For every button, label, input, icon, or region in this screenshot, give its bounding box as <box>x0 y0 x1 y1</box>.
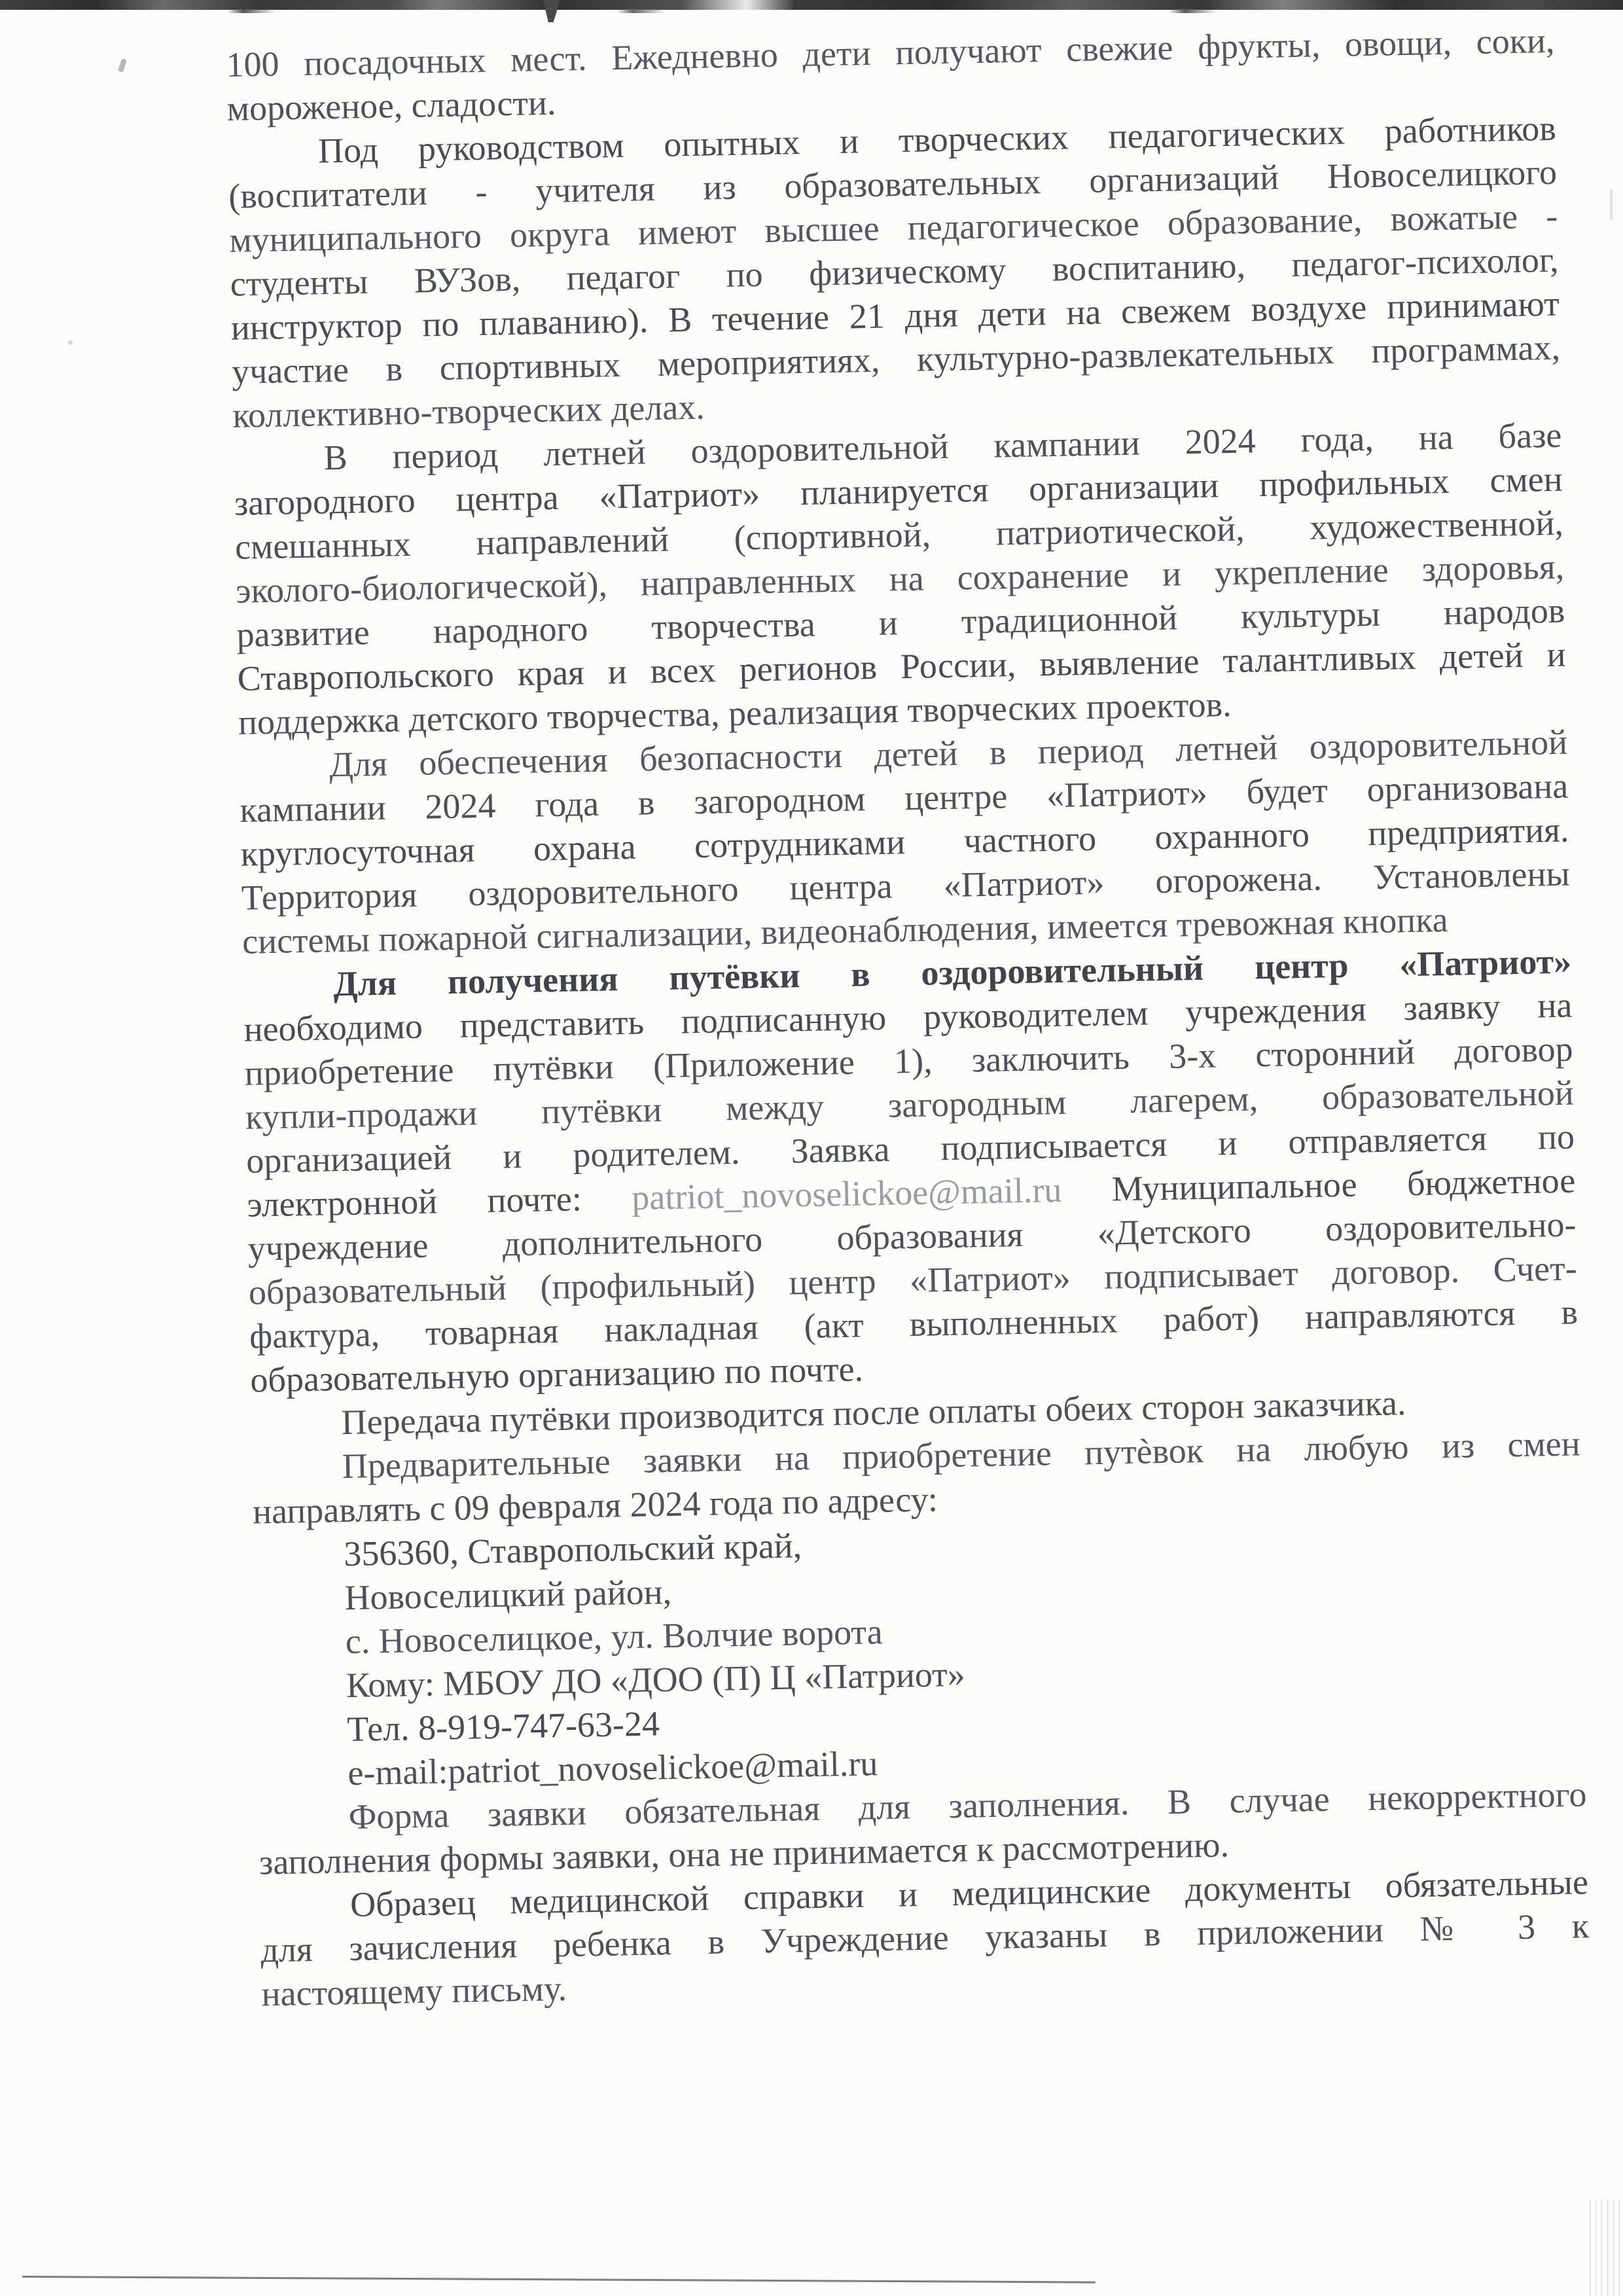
scan-edge-noise <box>1589 2199 1623 2296</box>
scan-speck <box>68 340 73 345</box>
text-run: электронной почте: <box>247 1178 632 1225</box>
scan-speck <box>118 58 127 72</box>
email-text: patriot_novoselickoe@mail.ru <box>632 1170 1062 1217</box>
text-block: 100 посадочных мест. Ежедневно дети полу… <box>226 19 1590 2017</box>
scanner-artifact-top-band-ragged <box>0 9 1623 13</box>
document-page: 100 посадочных мест. Ежедневно дети полу… <box>0 0 1623 2296</box>
scanner-artifact-top-band <box>0 0 1623 10</box>
scanner-artifact-bottom-line <box>22 2276 1096 2284</box>
text-run: Муниципальное бюджетное <box>1061 1161 1576 1210</box>
scan-speck <box>1610 190 1613 220</box>
